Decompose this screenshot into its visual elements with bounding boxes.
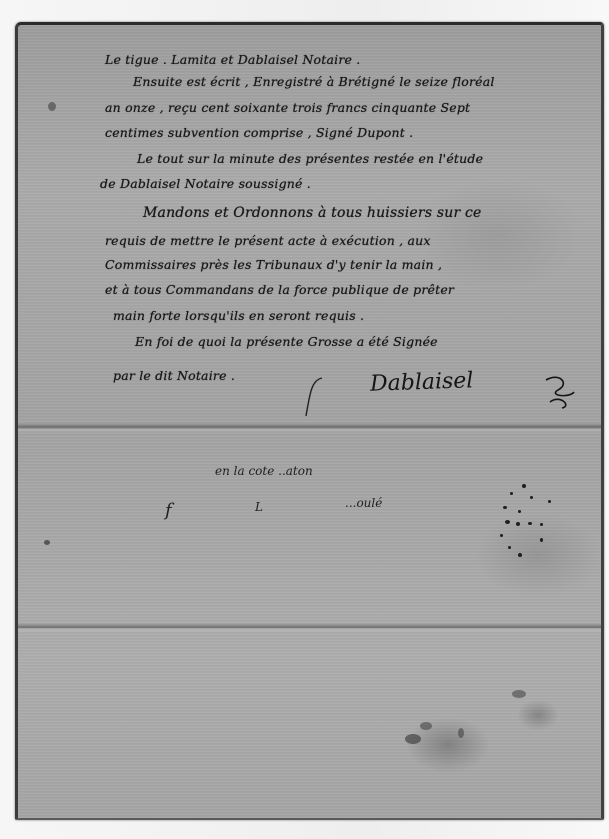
text-line-9: Commissaires près les Tribunaux d'y teni…: [105, 257, 442, 272]
text-line-4: centimes subvention comprise , Signé Dup…: [105, 125, 413, 140]
scanned-page: Le tigue . Lamita et Dablaisel Notaire .…: [0, 0, 609, 839]
lower-annotation-mark-f: f: [165, 500, 172, 521]
paper-sheet: [15, 22, 604, 820]
text-line-3: an onze , reçu cent soixante trois franc…: [105, 100, 470, 115]
text-line-11: main forte lorsqu'ils en seront requis .: [113, 308, 364, 323]
signature-paraph-icon: [540, 372, 580, 412]
lower-annotation-line-1: en la cote ..aton: [215, 464, 313, 478]
fold-line-lower: [18, 623, 601, 633]
text-line-10: et à tous Commandans de la force publiqu…: [105, 282, 454, 297]
text-line-12: En foi de quoi la présente Grosse a été …: [135, 334, 438, 349]
text-line-7: Mandons et Ordonnons à tous huissiers su…: [143, 205, 482, 221]
text-line-6: de Dablaisel Notaire soussigné .: [100, 176, 311, 191]
flourish-mark-icon: [300, 372, 330, 420]
notary-signature: Dablaisel: [370, 368, 474, 397]
fold-line-upper: [18, 423, 601, 433]
lower-annotation-line-2: ...oulé: [345, 496, 382, 510]
lower-annotation-mark-l: L: [255, 500, 263, 514]
text-line-1: Le tigue . Lamita et Dablaisel Notaire .: [105, 52, 360, 67]
text-line-8: requis de mettre le présent acte à exécu…: [105, 233, 431, 248]
text-line-13: par le dit Notaire .: [113, 368, 235, 383]
text-line-2: Ensuite est écrit , Enregistré à Brétign…: [133, 74, 495, 89]
text-line-5: Le tout sur la minute des présentes rest…: [137, 151, 483, 166]
